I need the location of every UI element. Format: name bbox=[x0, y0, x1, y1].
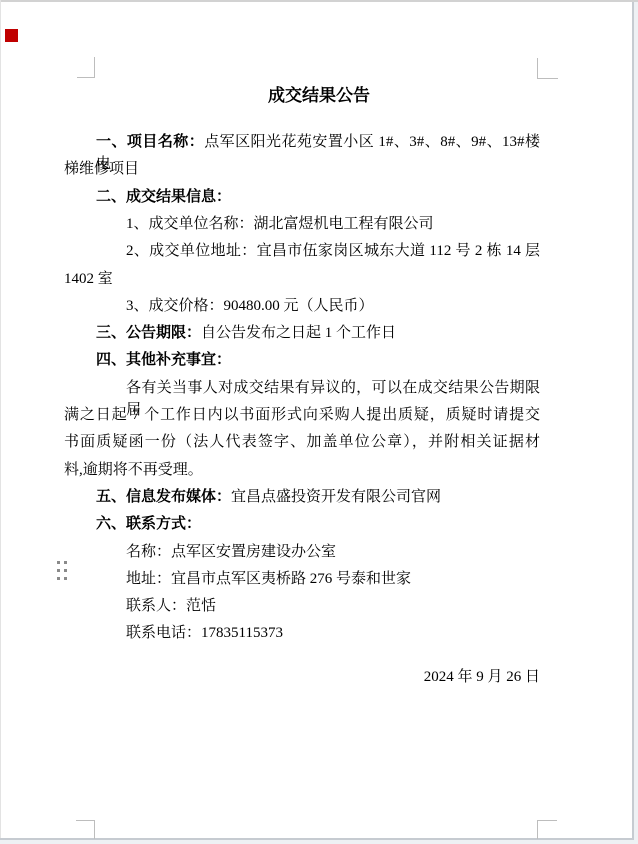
doc-line: 六、联系方式： bbox=[96, 513, 201, 535]
line-text: 联系人：范恬 bbox=[126, 598, 216, 614]
doc-line: 1402 室 bbox=[64, 268, 113, 290]
doc-line: 1、成交单位名称：湖北富煜机电工程有限公司 bbox=[126, 213, 434, 235]
line-text: 料,逾期将不再受理。 bbox=[64, 462, 203, 478]
doc-line: 料,逾期将不再受理。 bbox=[64, 459, 203, 481]
doc-line: 三、公告期限：自公告发布之日起 1 个工作日 bbox=[96, 322, 396, 344]
line-label: 一、项目名称： bbox=[96, 134, 204, 150]
doc-line: 一、项目名称：点军区阳光花苑安置小区 1#、3#、8#、9#、13#楼电 bbox=[96, 131, 540, 153]
line-label: 三、公告期限： bbox=[96, 325, 201, 341]
line-label: 六、联系方式： bbox=[96, 516, 201, 532]
line-label: 二、成交结果信息： bbox=[96, 189, 231, 205]
doc-line: 地址：宜昌市点军区夷桥路 276 号泰和世家 bbox=[126, 568, 411, 590]
record-marker-icon bbox=[5, 29, 18, 42]
crop-mark-bottom-left-icon bbox=[76, 820, 95, 839]
doc-line: 联系电话：17835115373 bbox=[126, 622, 283, 644]
doc-line: 四、其他补充事宜： bbox=[96, 349, 231, 371]
line-text: 1、成交单位名称：湖北富煜机电工程有限公司 bbox=[126, 216, 434, 232]
line-text: 梯维修项目 bbox=[64, 161, 139, 177]
page-top-edge bbox=[0, 0, 638, 2]
line-text: 自公告发布之日起 1 个工作日 bbox=[201, 325, 396, 341]
document-date: 2024 年 9 月 26 日 bbox=[424, 666, 540, 688]
line-label: 四、其他补充事宜： bbox=[96, 352, 231, 368]
line-text: 名称：点军区安置房建设办公室 bbox=[126, 544, 336, 560]
crop-mark-bottom-right-icon bbox=[537, 820, 557, 839]
line-text: 1402 室 bbox=[64, 271, 113, 287]
doc-line: 联系人：范恬 bbox=[126, 595, 216, 617]
doc-line: 书面质疑函一份（法人代表签字、加盖单位公章），并附相关证据材 bbox=[64, 431, 540, 453]
doc-line: 名称：点军区安置房建设办公室 bbox=[126, 541, 336, 563]
line-text: 宜昌点盛投资开发有限公司官网 bbox=[231, 489, 441, 505]
doc-line: 二、成交结果信息： bbox=[96, 186, 231, 208]
page-bottom-outside bbox=[0, 840, 634, 844]
line-text: 2、成交单位地址：宜昌市伍家岗区城东大道 112 号 2 栋 14 层 bbox=[126, 243, 540, 259]
line-label: 五、信息发布媒体： bbox=[96, 489, 231, 505]
doc-line: 梯维修项目 bbox=[64, 158, 139, 180]
line-text: 书面质疑函一份（法人代表签字、加盖单位公章），并附相关证据材 bbox=[64, 434, 540, 450]
page-left-edge bbox=[0, 0, 1, 844]
doc-line: 五、信息发布媒体：宜昌点盛投资开发有限公司官网 bbox=[96, 486, 441, 508]
document-page[interactable]: 成交结果公告 一、项目名称：点军区阳光花苑安置小区 1#、3#、8#、9#、13… bbox=[0, 0, 638, 844]
doc-line: 3、成交价格：90480.00 元（人民币） bbox=[126, 295, 374, 317]
doc-line: 各有关当事人对成交结果有异议的，可以在成交结果公告期限届 bbox=[126, 377, 540, 399]
drag-handle-icon[interactable] bbox=[57, 561, 67, 580]
doc-line: 满之日起 7 个工作日内以书面形式向采购人提出质疑，质疑时请提交 bbox=[64, 404, 540, 426]
line-text: 联系电话：17835115373 bbox=[126, 625, 283, 641]
crop-mark-top-left-icon bbox=[77, 57, 95, 78]
line-text: 3、成交价格：90480.00 元（人民币） bbox=[126, 298, 374, 314]
document-title: 成交结果公告 bbox=[0, 85, 638, 107]
crop-mark-top-right-icon bbox=[537, 58, 558, 79]
line-text: 地址：宜昌市点军区夷桥路 276 号泰和世家 bbox=[126, 571, 411, 587]
doc-line: 2、成交单位地址：宜昌市伍家岗区城东大道 112 号 2 栋 14 层 bbox=[126, 240, 540, 262]
line-text: 满之日起 7 个工作日内以书面形式向采购人提出质疑，质疑时请提交 bbox=[64, 407, 540, 423]
page-right-outside bbox=[634, 2, 638, 844]
